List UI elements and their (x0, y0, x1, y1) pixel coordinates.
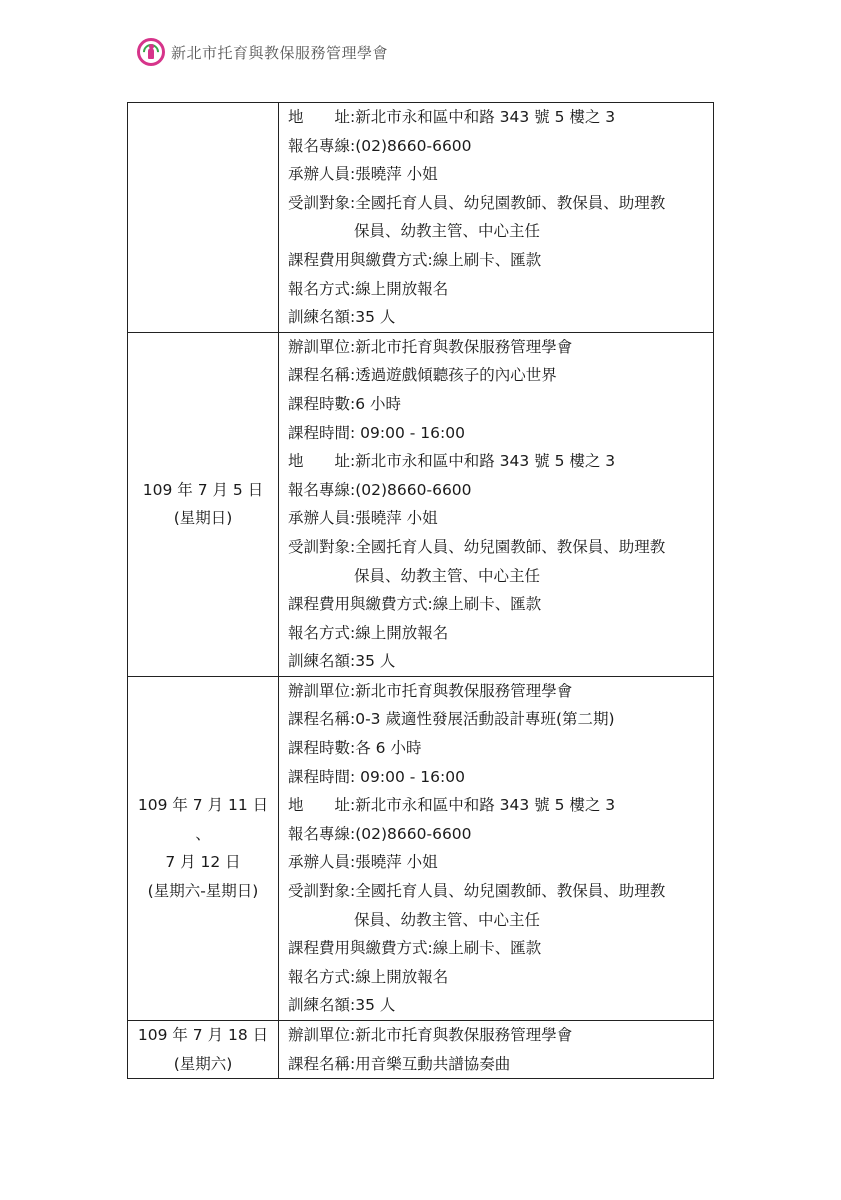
capacity-line: 訓練名額:35 人 (288, 303, 713, 332)
table-row: 109 年 7 月 11 日 、 7 月 12 日 (星期六-星期日) 辦訓單位… (128, 676, 714, 1020)
contact-line: 承辦人員:張曉萍 小姐 (288, 160, 713, 189)
audience-line: 受訓對象:全國托育人員、幼兒園教師、教保員、助理教 (288, 877, 713, 906)
capacity-line: 訓練名額:35 人 (288, 647, 713, 676)
detail-cell: 辦訓單位:新北市托育與教保服務管理學會 課程名稱:用音樂互動共譜協奏曲 (279, 1021, 714, 1079)
registration-line: 報名方式:線上開放報名 (288, 963, 713, 992)
weekday-line: (星期日) (128, 504, 278, 533)
page-header: 新北市托育與教保服務管理學會 (137, 38, 388, 66)
phone-line: 報名專線:(02)8660-6600 (288, 132, 713, 161)
date-line: 7 月 12 日 (128, 848, 278, 877)
table-row: 109 年 7 月 18 日 (星期六) 辦訓單位:新北市托育與教保服務管理學會… (128, 1021, 714, 1079)
association-logo-icon (137, 38, 165, 66)
registration-line: 報名方式:線上開放報名 (288, 275, 713, 304)
hours-line: 課程時數:6 小時 (288, 390, 713, 419)
detail-cell: 辦訓單位:新北市托育與教保服務管理學會 課程名稱:0-3 歲適性發展活動設計專班… (279, 676, 714, 1020)
weekday-line: (星期六-星期日) (128, 877, 278, 906)
organizer-line: 辦訓單位:新北市托育與教保服務管理學會 (288, 677, 713, 706)
audience-line: 受訓對象:全國托育人員、幼兒園教師、教保員、助理教 (288, 189, 713, 218)
detail-cell: 地 址:新北市永和區中和路 343 號 5 樓之 3 報名專線:(02)8660… (279, 103, 714, 333)
address-line: 地 址:新北市永和區中和路 343 號 5 樓之 3 (288, 447, 713, 476)
capacity-line: 訓練名額:35 人 (288, 991, 713, 1020)
audience-line-cont: 保員、幼教主管、中心主任 (288, 906, 713, 935)
date-cell: 109 年 7 月 18 日 (星期六) (128, 1021, 279, 1079)
phone-line: 報名專線:(02)8660-6600 (288, 820, 713, 849)
audience-line-cont: 保員、幼教主管、中心主任 (288, 562, 713, 591)
course-schedule-table: 地 址:新北市永和區中和路 343 號 5 樓之 3 報名專線:(02)8660… (127, 102, 714, 1079)
fee-line: 課程費用與繳費方式:線上刷卡、匯款 (288, 246, 713, 275)
date-cell: 109 年 7 月 11 日 、 7 月 12 日 (星期六-星期日) (128, 676, 279, 1020)
fee-line: 課程費用與繳費方式:線上刷卡、匯款 (288, 590, 713, 619)
contact-line: 承辦人員:張曉萍 小姐 (288, 504, 713, 533)
time-line: 課程時間: 09:00 - 16:00 (288, 763, 713, 792)
phone-line: 報名專線:(02)8660-6600 (288, 476, 713, 505)
contact-line: 承辦人員:張曉萍 小姐 (288, 848, 713, 877)
address-line: 地 址:新北市永和區中和路 343 號 5 樓之 3 (288, 103, 713, 132)
hours-line: 課程時數:各 6 小時 (288, 734, 713, 763)
time-line: 課程時間: 09:00 - 16:00 (288, 419, 713, 448)
date-line: 109 年 7 月 11 日 (128, 791, 278, 820)
table-row: 109 年 7 月 5 日 (星期日) 辦訓單位:新北市托育與教保服務管理學會 … (128, 332, 714, 676)
audience-line: 受訓對象:全國托育人員、幼兒園教師、教保員、助理教 (288, 533, 713, 562)
detail-cell: 辦訓單位:新北市托育與教保服務管理學會 課程名稱:透過遊戲傾聽孩子的內心世界 課… (279, 332, 714, 676)
course-name-line: 課程名稱:用音樂互動共譜協奏曲 (288, 1050, 713, 1079)
date-line: 109 年 7 月 18 日 (128, 1021, 278, 1050)
weekday-line: (星期六) (128, 1050, 278, 1079)
date-line: 109 年 7 月 5 日 (128, 476, 278, 505)
header-title: 新北市托育與教保服務管理學會 (171, 42, 388, 63)
registration-line: 報名方式:線上開放報名 (288, 619, 713, 648)
audience-line-cont: 保員、幼教主管、中心主任 (288, 217, 713, 246)
course-name-line: 課程名稱:透過遊戲傾聽孩子的內心世界 (288, 361, 713, 390)
course-name-line: 課程名稱:0-3 歲適性發展活動設計專班(第二期) (288, 705, 713, 734)
date-cell (128, 103, 279, 333)
date-cell: 109 年 7 月 5 日 (星期日) (128, 332, 279, 676)
fee-line: 課程費用與繳費方式:線上刷卡、匯款 (288, 934, 713, 963)
address-line: 地 址:新北市永和區中和路 343 號 5 樓之 3 (288, 791, 713, 820)
table-row: 地 址:新北市永和區中和路 343 號 5 樓之 3 報名專線:(02)8660… (128, 103, 714, 333)
date-separator: 、 (128, 820, 278, 849)
organizer-line: 辦訓單位:新北市托育與教保服務管理學會 (288, 333, 713, 362)
organizer-line: 辦訓單位:新北市托育與教保服務管理學會 (288, 1021, 713, 1050)
